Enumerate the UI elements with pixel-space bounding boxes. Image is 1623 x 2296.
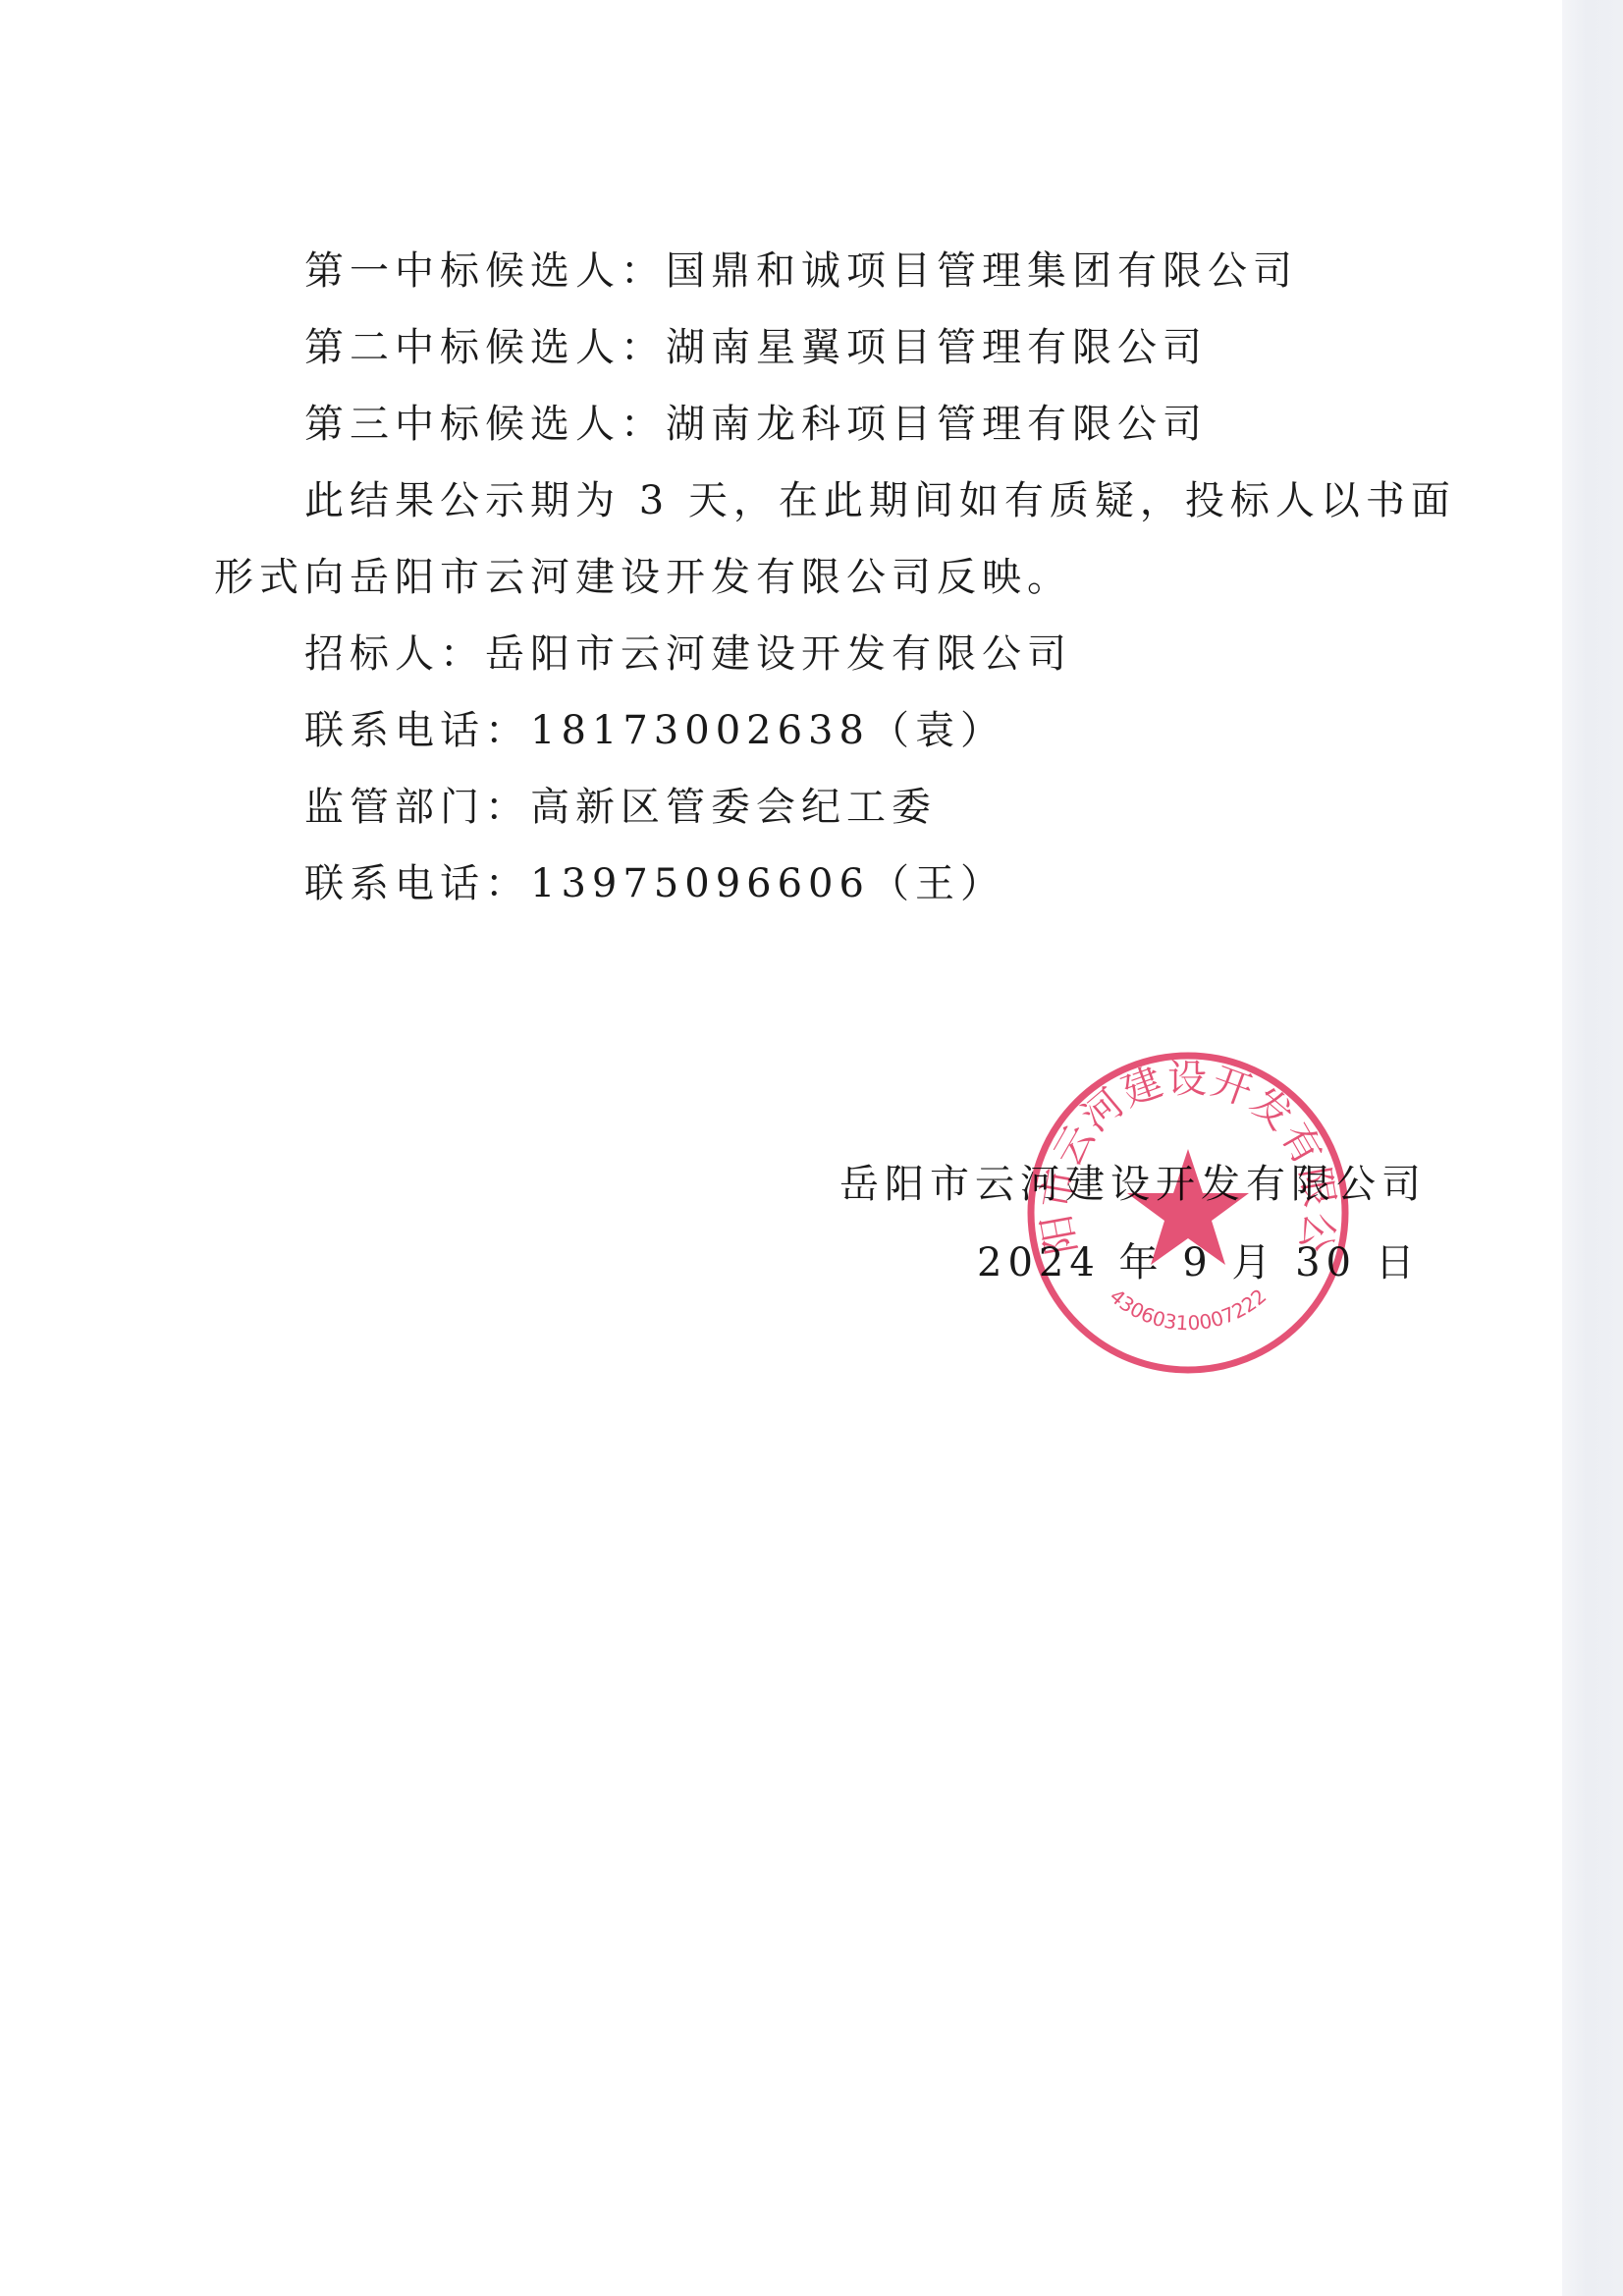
candidate-1-label: 第一中标候选人：	[304, 248, 666, 294]
candidate-1: 第一中标候选人：国鼎和诚项目管理集团有限公司	[304, 246, 1298, 297]
candidate-2: 第二中标候选人：湖南星翼项目管理有限公司	[304, 322, 1208, 373]
supervisor-dept: 监管部门：高新区管委会纪工委	[304, 782, 937, 833]
contact-phone-2: 联系电话：13975096606（王）	[304, 858, 1005, 909]
contact-phone-2-label: 联系电话：	[304, 861, 530, 906]
supervisor-dept-label: 监管部门：	[304, 785, 530, 830]
tenderer-label: 招标人：	[304, 631, 485, 677]
seal-code: 43060310007222	[1106, 1285, 1271, 1336]
candidate-2-label: 第二中标候选人：	[304, 325, 666, 370]
contact-phone-1-value: 18173002638（袁）	[530, 708, 1005, 753]
candidate-3-label: 第三中标候选人：	[304, 402, 666, 447]
candidate-1-name: 国鼎和诚项目管理集团有限公司	[666, 248, 1298, 294]
notice-paragraph-line-1: 此结果公示期为 3 天，在此期间如有质疑，投标人以书面	[304, 475, 1456, 526]
contact-phone-2-value: 13975096606（王）	[530, 861, 1005, 906]
tenderer-value: 岳阳市云河建设开发有限公司	[485, 631, 1072, 677]
svg-text:43060310007222: 43060310007222	[1106, 1285, 1271, 1336]
candidate-3: 第三中标候选人：湖南龙科项目管理有限公司	[304, 399, 1208, 450]
scan-edge-shadow	[1562, 0, 1623, 2296]
candidate-2-name: 湖南星翼项目管理有限公司	[666, 325, 1208, 370]
tenderer: 招标人：岳阳市云河建设开发有限公司	[304, 629, 1072, 680]
contact-phone-1-label: 联系电话：	[304, 708, 530, 753]
supervisor-dept-value: 高新区管委会纪工委	[530, 785, 937, 830]
company-seal-icon: 岳阳市云河建设开发有限公司 43060310007222	[1021, 1046, 1355, 1380]
contact-phone-1: 联系电话：18173002638（袁）	[304, 705, 1005, 756]
notice-paragraph-line-2: 形式向岳阳市云河建设开发有限公司反映。	[214, 552, 1072, 603]
candidate-3-name: 湖南龙科项目管理有限公司	[666, 402, 1208, 447]
document-page: 第一中标候选人：国鼎和诚项目管理集团有限公司 第二中标候选人：湖南星翼项目管理有…	[0, 0, 1561, 2296]
